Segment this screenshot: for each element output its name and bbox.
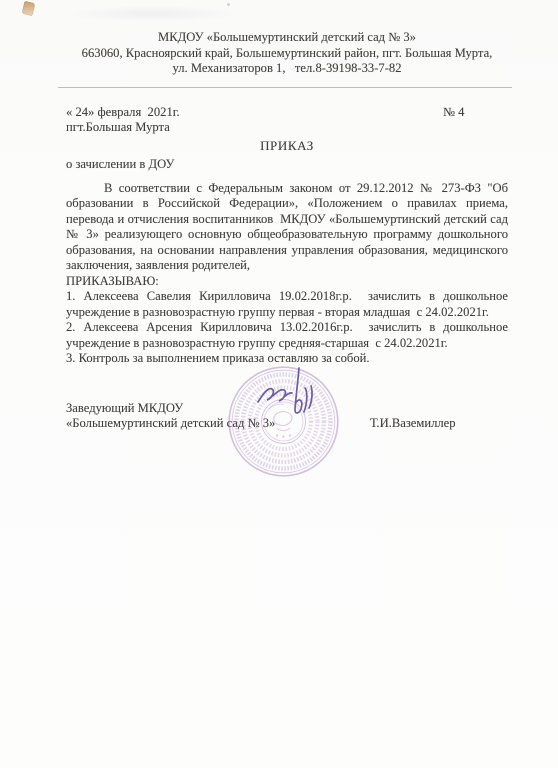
signatory-position-line1: Заведующий МКДОУ [66,401,508,417]
document-subject: о зачислении в ДОУ [66,157,508,173]
letterhead-org-name: МКДОУ «Большемуртинский детский сад № 3» [66,30,508,46]
letterhead-address: 663060, Красноярский край, Большемуртинс… [66,46,508,62]
order-item-3: 3. Контроль за выполнением приказа остав… [66,351,508,367]
resolution-word: ПРИКАЗЫВАЮ: [66,274,508,290]
order-number: № 4 [443,105,464,121]
document-title: ПРИКАЗ [66,138,508,154]
signatory-name: Т.И.Ваземиллер [370,416,456,432]
order-place: пгт.Большая Мурта [66,120,508,136]
order-item-1: 1. Алексеева Савелия Кирилловича 19.02.2… [66,289,508,320]
scanned-order-document: МКДОУ «Большемуртинский детский сад № 3»… [0,0,558,768]
signature-row: «Большемуртинский детский сад № 3» Т.И.В… [66,416,508,432]
signatory-position-line2: «Большемуртинский детский сад № 3» [66,416,275,430]
letterhead-street-phone: ул. Механизаторов 1, тел.8-39198-33-7-82 [66,61,508,77]
letterhead-divider [58,87,512,88]
order-date: « 24» февраля 2021г. [66,105,180,119]
date-number-row: « 24» февраля 2021г. № 4 [66,105,508,121]
letterhead: МКДОУ «Большемуртинский детский сад № 3»… [66,30,508,77]
preamble-paragraph: В соответствии с Федеральным законом от … [66,181,508,274]
order-item-2: 2. Алексеева Арсения Кирилловича 13.02.2… [66,320,508,351]
document-content: МКДОУ «Большемуртинский детский сад № 3»… [0,0,558,768]
